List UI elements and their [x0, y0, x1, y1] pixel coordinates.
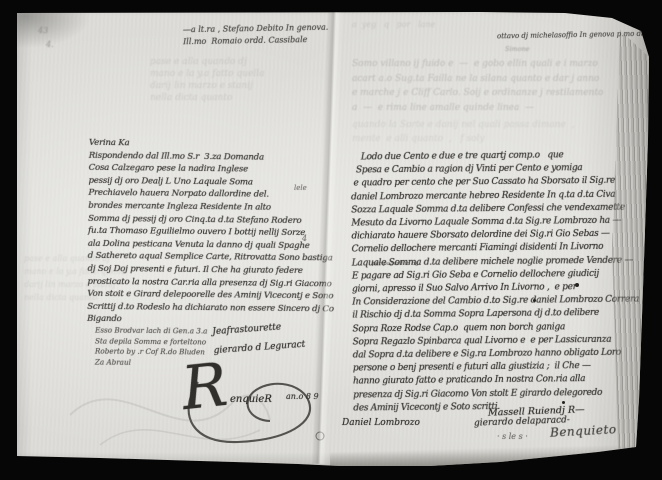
bottom-page-edge-shadow — [330, 444, 640, 470]
right-page-top-bleedthrough: a yeg q por lane — [352, 20, 435, 29]
manuscript-scan: —a lt.ra , Stefano Debito In genova.Ill.… — [0, 0, 662, 480]
interline-note: per pagarli in oij — [372, 261, 418, 267]
right-page-body-text: Lodo due Cento e due e tre quartj comp.o… — [351, 148, 644, 415]
signature-daniel: Daniel Lombrozo — [342, 418, 420, 428]
book-spread: —a lt.ra , Stefano Debito In genova.Ill.… — [0, 0, 662, 480]
right-page-header-annotation: ottavo dj michelasoffio In genova p.mo d… — [497, 30, 658, 41]
bleedthrough-flourish — [60, 345, 280, 465]
right-page-bleedthrough-text-2: quando la Sorte e danij nel quali passa … — [352, 118, 642, 146]
left-page-bleedthrough-text: pase e alla quando djmano e la y.a fatto… — [150, 56, 264, 104]
notary-signature: Benquieto — [550, 422, 617, 439]
margin-note: 4 — [302, 234, 307, 243]
right-page-header-subnote: Simone — [505, 45, 530, 53]
margin-note: lele — [294, 184, 307, 192]
small-mark: · s le s · — [497, 432, 528, 441]
ink-blot — [562, 401, 565, 404]
margin-faint-mark: 4. — [46, 40, 54, 49]
margin-faint-mark: 43 — [38, 26, 48, 35]
left-margin-bleedthrough: pase e alla quando djmano e la y.a fatto… — [24, 252, 126, 304]
left-page-header-annotation: —a lt.ra , Stefano Debito In genova.Ill.… — [183, 22, 329, 49]
right-page-bleedthrough-text: Somo villano ij fuido e — e gobo ellin q… — [352, 57, 642, 115]
ink-blot — [575, 283, 579, 287]
ink-blot — [533, 299, 536, 302]
